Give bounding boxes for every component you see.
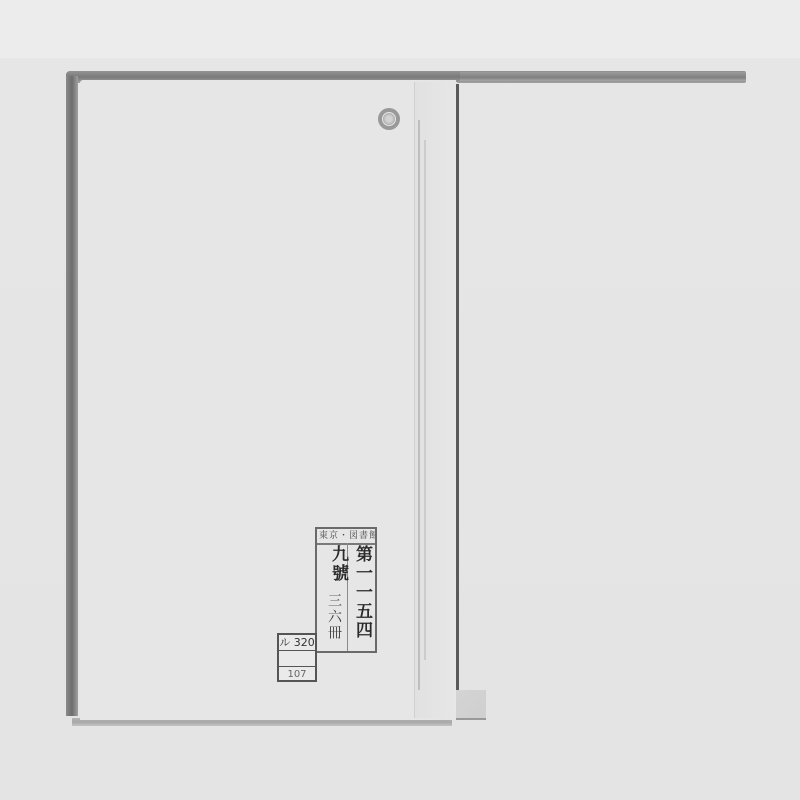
book-front-cover: [80, 80, 456, 720]
call-number-label: ル 320 107: [277, 633, 317, 682]
call-number-row-3: 107: [279, 667, 315, 682]
round-seal-icon: [378, 108, 400, 130]
accession-number: 第一一五四九號: [350, 545, 374, 651]
binding-band: [414, 82, 457, 718]
stamp-header: 東京・図書館蔵: [317, 529, 375, 545]
cover-corner-fold: [456, 690, 486, 720]
library-accession-stamp: 東京・図書館蔵 第一一五四九號 三六冊: [315, 527, 377, 653]
volume-count: 三六冊: [323, 593, 345, 641]
call-number-row-2: [279, 651, 315, 667]
binding-stitch: [418, 120, 420, 690]
binding-stitch: [424, 140, 426, 660]
book-left-edge-shadow: [66, 76, 78, 716]
back-cover-top-edge: [460, 72, 746, 81]
call-number-row-1: ル 320: [279, 635, 315, 651]
spine-edge: [456, 84, 459, 718]
scan-top-margin: [0, 0, 800, 58]
